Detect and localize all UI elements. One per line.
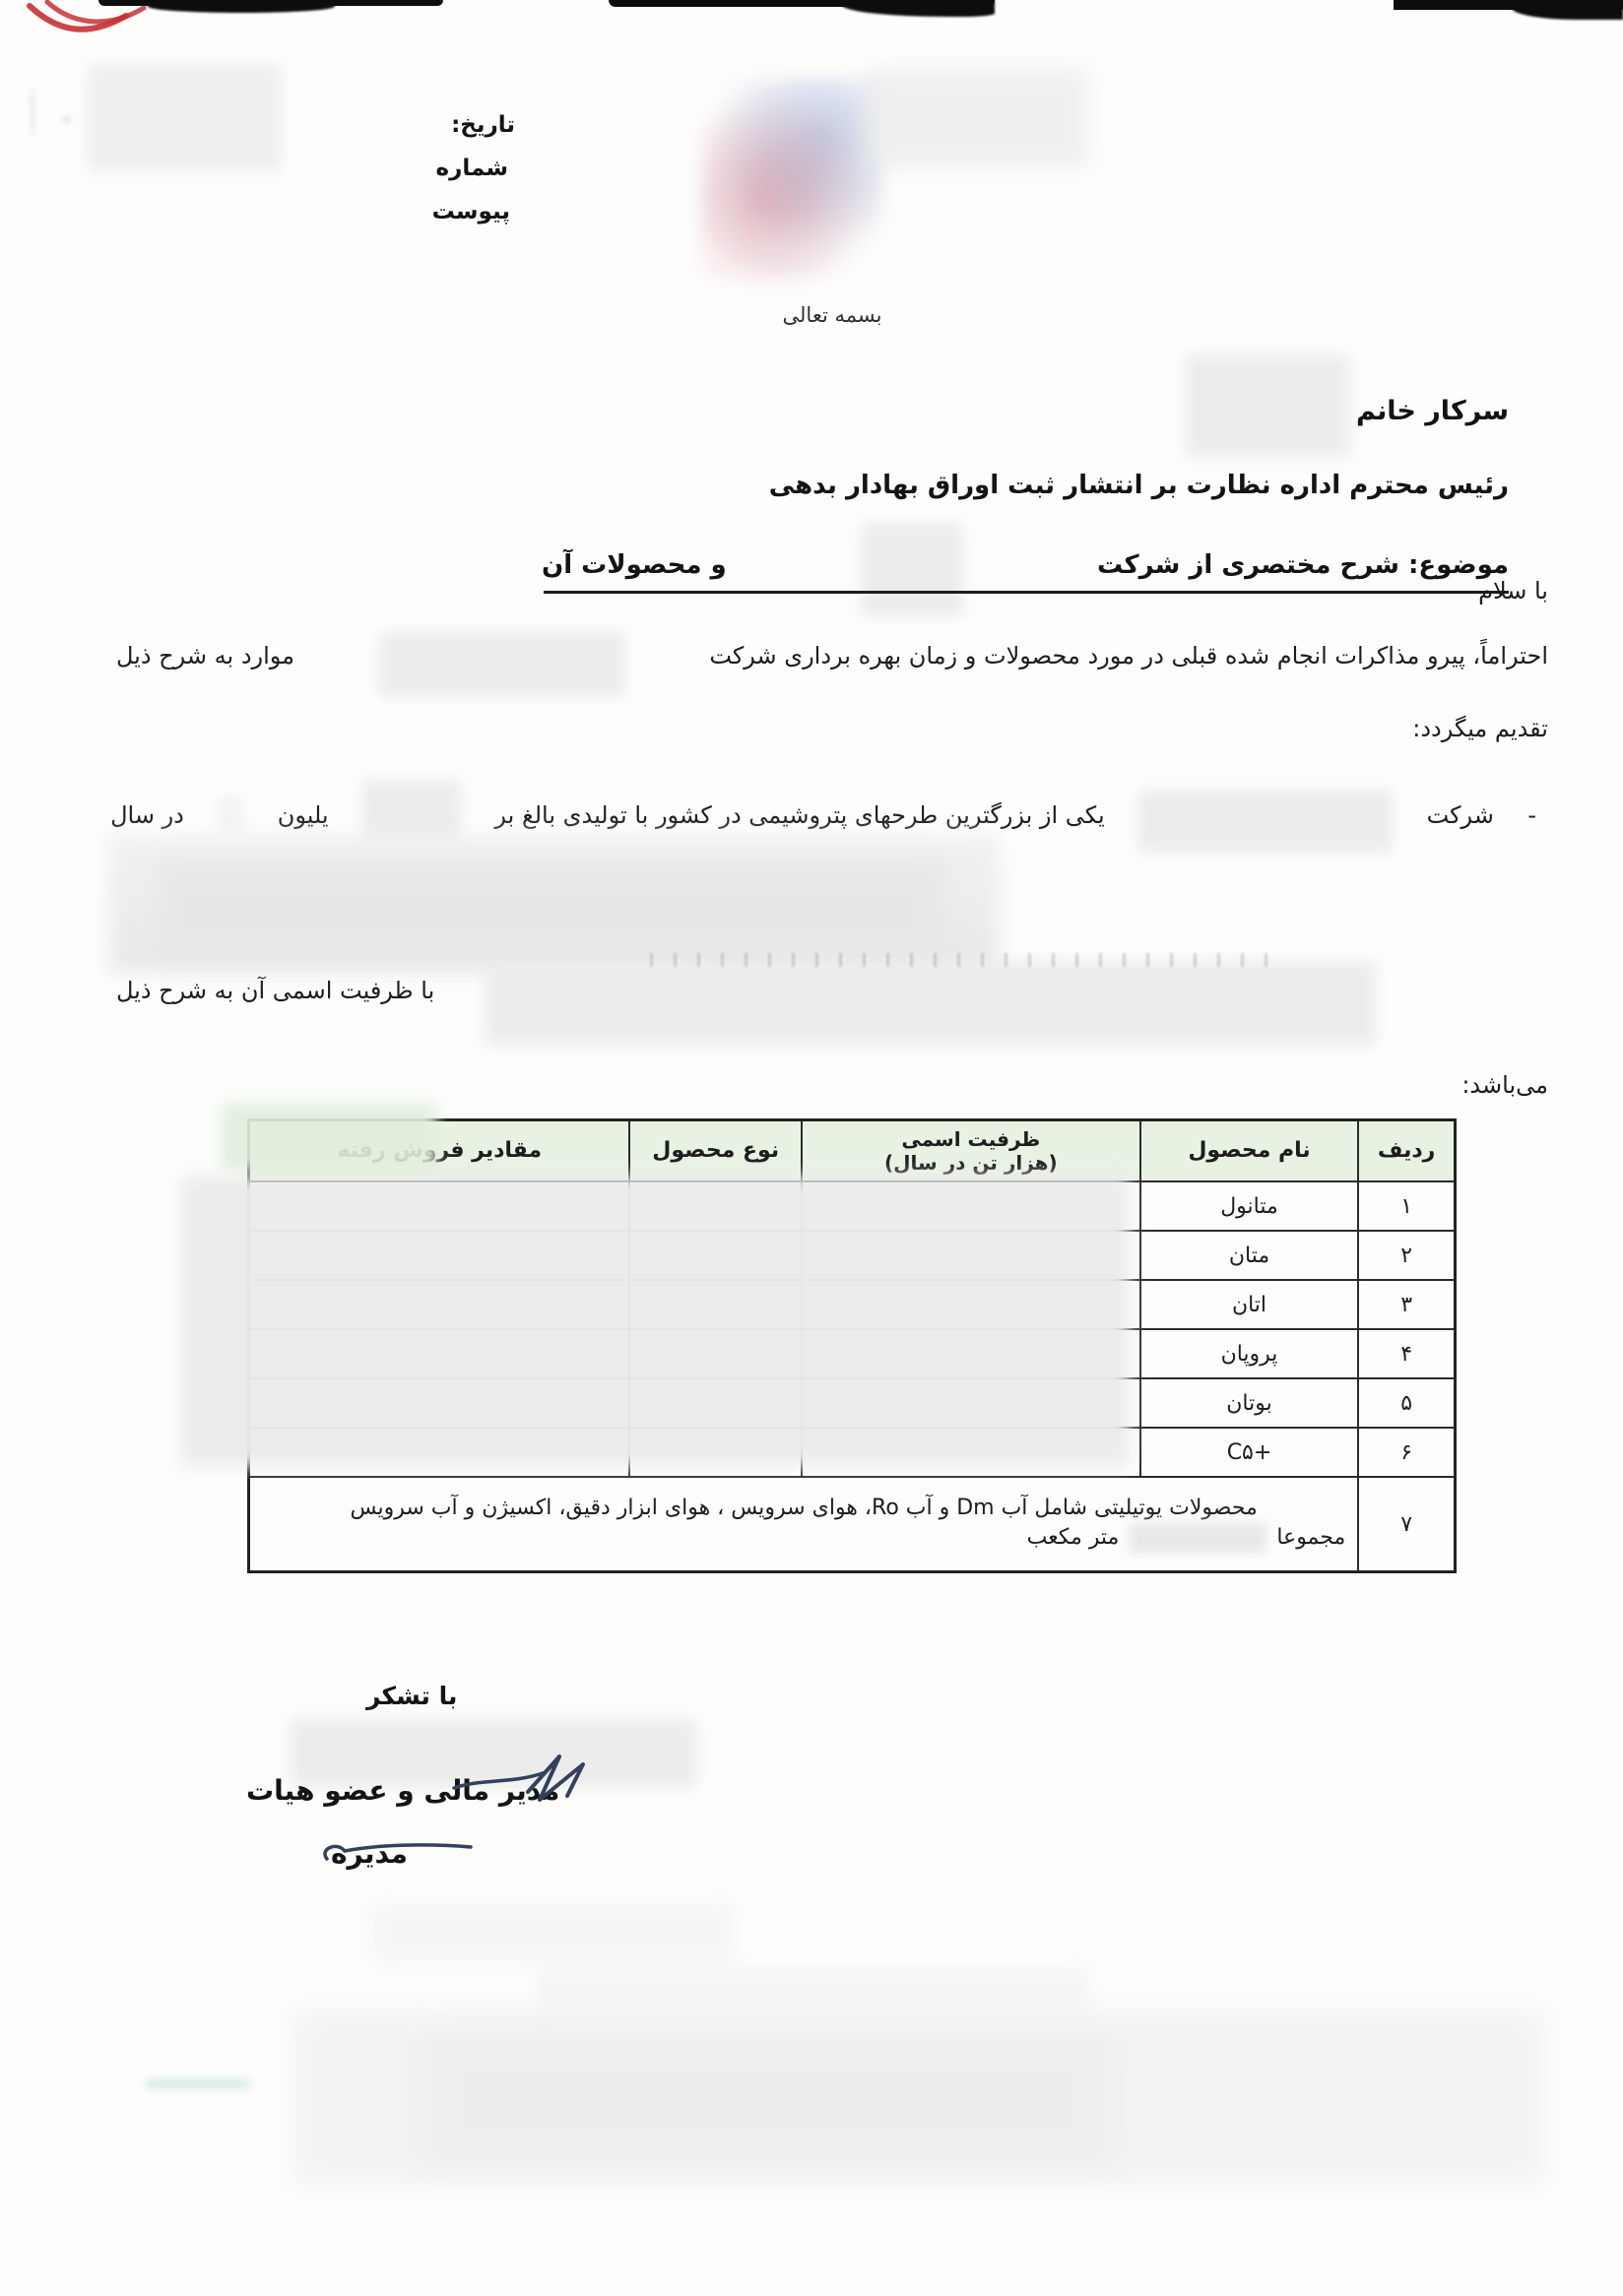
utility-line2-start: مجموعا [1276, 1525, 1345, 1550]
header-capacity-line1: ظرفیت اسمی [809, 1127, 1134, 1151]
redaction-blur-company-name [379, 632, 625, 697]
red-pen-marks [18, 0, 151, 57]
utility-line1: محصولات یوتیلیتی شامل آب Dm و آب Ro، هوا… [256, 1496, 1351, 1520]
handwritten-signature [292, 1735, 636, 1892]
table-utility-row: ۷ محصولات یوتیلیتی شامل آب Dm و آب Ro، ه… [249, 1477, 1456, 1572]
cell-row-no: ۵ [1358, 1378, 1455, 1428]
redaction-blur-stamp [87, 65, 282, 171]
redaction-blur-recipient-name [1185, 354, 1350, 457]
header-product-type: نوع محصول [629, 1120, 801, 1182]
bismillah: بسمه تعالی [748, 301, 916, 329]
para1-line2: تقدیم میگردد: [1412, 713, 1548, 744]
subject-underline [544, 591, 1509, 594]
subject-line: موضوع: شرح مختصری از شرکت و محصولات آن [542, 538, 1509, 593]
redaction-blur-subject-company [861, 523, 963, 616]
bullet-seg1: شرکت [1427, 796, 1494, 835]
cell-product-name: C۵+ [1140, 1428, 1359, 1477]
scan-artifact-band [1512, 0, 1623, 20]
scan-artifact-band [148, 0, 335, 13]
bullet-seg2: یکی از بزرگترین طرحهای پتروشیمی در کشور … [494, 796, 1104, 835]
cell-row-no: ۴ [1358, 1329, 1455, 1378]
recipient-title: رئیس محترم اداره نظارت بر انتشار ثبت اور… [769, 469, 1509, 503]
cell-product-name: اتان [1140, 1280, 1359, 1329]
redaction-blur-table-header [221, 1103, 437, 1172]
closing-thanks: با تشکر [366, 1680, 457, 1713]
capacity-phrase: با ظرفیت اسمی آن به شرح ذیل [116, 975, 434, 1006]
smudge-blur [537, 1967, 1088, 2014]
teal-scan-streak [146, 2079, 249, 2088]
bullet-seg3: یلیون [278, 796, 329, 835]
utility-line2-end: متر مکعب [1027, 1525, 1120, 1550]
scan-speck [63, 116, 70, 123]
attachment-label: پیوست [432, 197, 510, 227]
subject-suffix: و محصولات آن [542, 550, 727, 580]
bullet-dash: - [1527, 796, 1536, 835]
para1-end: موارد به شرح ذیل [116, 636, 294, 675]
scanned-letter-page: تاریخ: شماره پیوست بسمه تعالی سرکار خانم… [0, 0, 1623, 2296]
recipient-salutation: سرکار خانم [1356, 394, 1509, 429]
cell-product-name: متان [1140, 1231, 1359, 1280]
cell-product-name: پروپان [1140, 1329, 1359, 1378]
redaction-blur-top-right [867, 69, 1088, 167]
subject-prefix: موضوع: شرح مختصری از شرکت [1097, 550, 1509, 580]
redaction-blur-table-values [180, 1176, 1130, 1467]
header-capacity-line2: (هزار تن در سال) [809, 1151, 1134, 1175]
redaction-blur-paragraph-block-2 [158, 861, 945, 959]
cell-row-no: ۲ [1358, 1231, 1455, 1280]
bullet-seg4: در سال [110, 796, 184, 835]
capacity-phrase-end: می‌باشد: [1461, 1069, 1548, 1101]
scan-speck [30, 87, 35, 138]
utility-line2: مجموعا متر مکعب [256, 1522, 1351, 1554]
cell-row-no: ۳ [1358, 1280, 1455, 1329]
header-row-no: ردیف [1358, 1120, 1455, 1182]
cell-utility-products: محصولات یوتیلیتی شامل آب Dm و آب Ro، هوا… [249, 1477, 1359, 1572]
greeting: با سلام [1478, 575, 1548, 606]
number-label: شماره [436, 154, 509, 184]
redaction-blur-bullet-company [1138, 790, 1393, 853]
smudge-blur [423, 2033, 1113, 2166]
para1-start: احتراماً، پیرو مذاکرات انجام شده قبلی در… [709, 636, 1548, 675]
faint-redacted-digits [650, 953, 1280, 967]
header-product-name: نام محصول [1140, 1120, 1359, 1182]
cell-row-no: ۷ [1358, 1477, 1455, 1572]
scan-artifact-band [842, 0, 995, 17]
cell-product-name: بوتان [1140, 1378, 1359, 1428]
header-capacity: ظرفیت اسمی(هزار تن در سال) [802, 1120, 1140, 1182]
cell-product-name: متانول [1140, 1181, 1359, 1231]
redaction-blur-small [218, 796, 243, 835]
smudge-blur [372, 1902, 735, 1963]
cell-product-name-ltr: C۵+ [1227, 1440, 1272, 1465]
cell-row-no: ۱ [1358, 1181, 1455, 1231]
cell-row-no: ۶ [1358, 1428, 1455, 1477]
redaction-blur-capacity-strip [485, 961, 1376, 1046]
redaction-blur-volume [1129, 1522, 1266, 1554]
body-paragraph-1: احتراماً، پیرو مذاکرات انجام شده قبلی در… [116, 636, 1548, 697]
blurred-logo [701, 79, 883, 281]
date-label: تاریخ: [451, 110, 515, 141]
